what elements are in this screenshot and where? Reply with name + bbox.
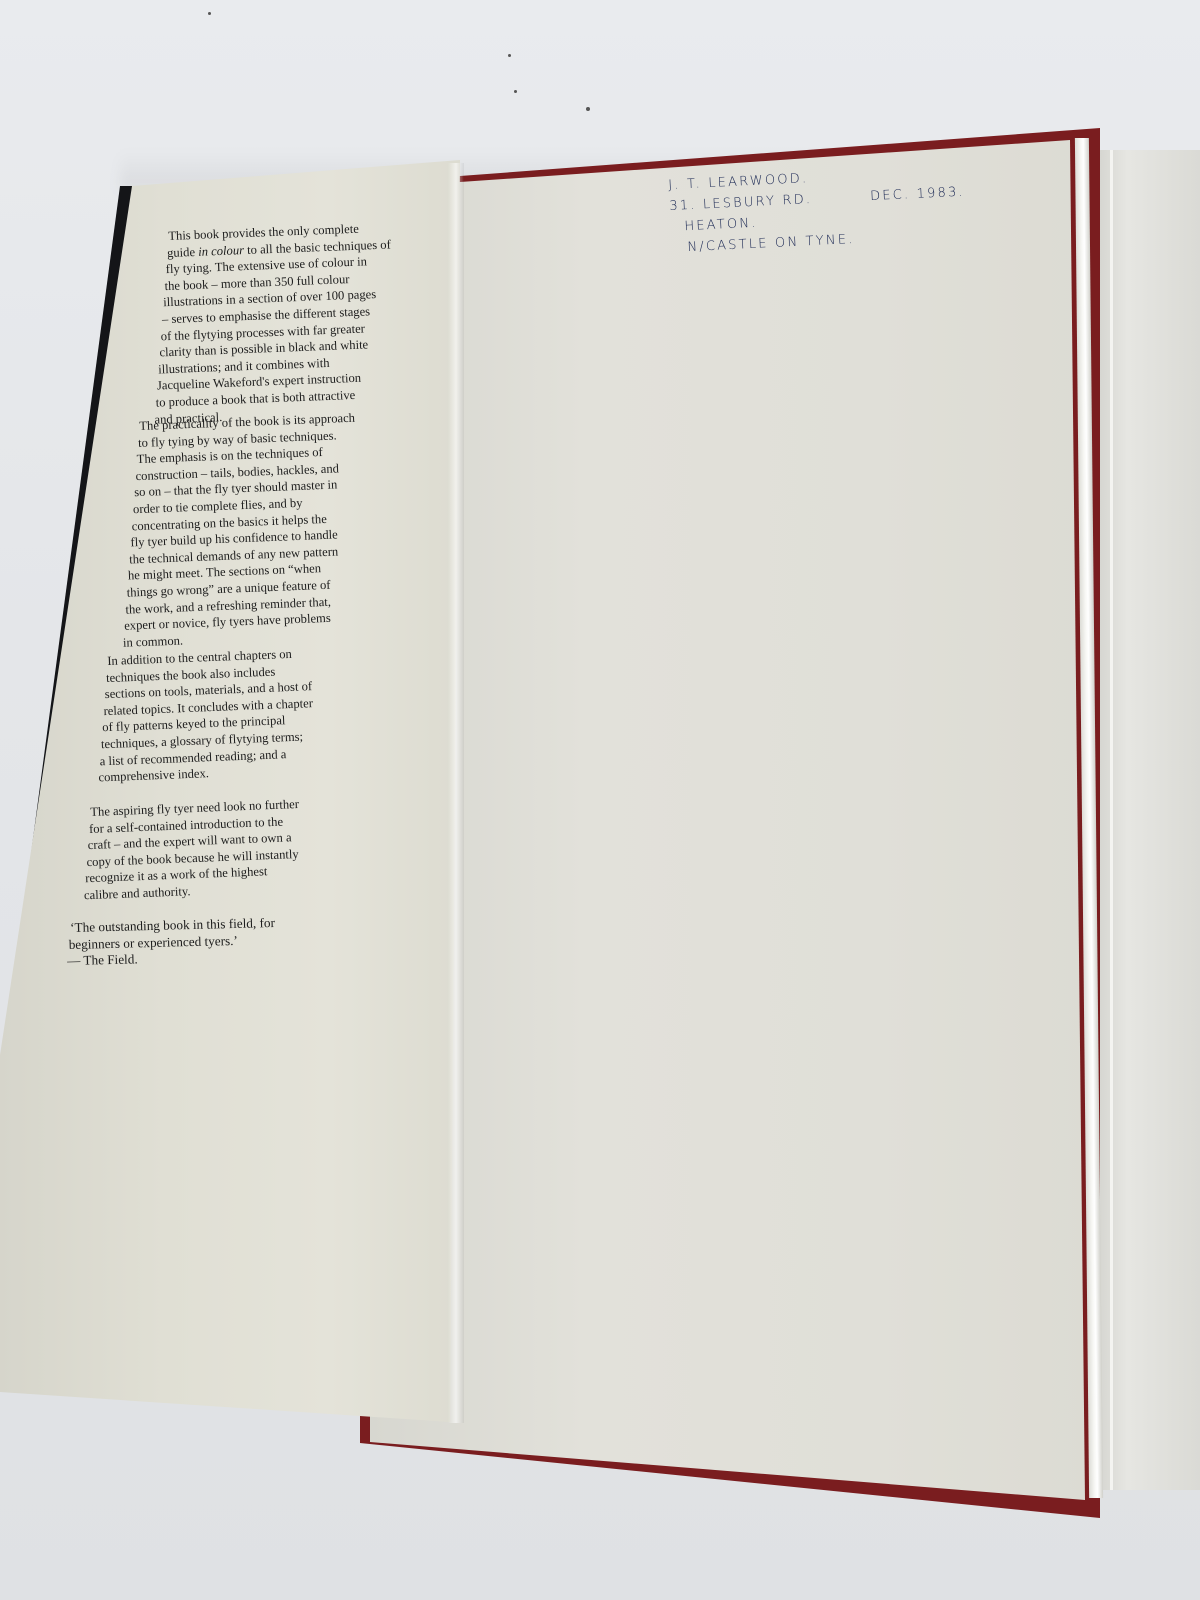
page-stack bbox=[1096, 150, 1200, 1490]
dust-speck bbox=[514, 90, 517, 93]
handwritten-inscription: J. T. LEARWOOD. 31. LESBURY RD.DEC. 1983… bbox=[668, 164, 968, 262]
dust-speck bbox=[208, 12, 211, 15]
flap-fold-crease bbox=[448, 163, 464, 1423]
blurb-paragraph-4: The aspiring fly tyer need look no furth… bbox=[90, 794, 344, 903]
book-photo: J. T. LEARWOOD. 31. LESBURY RD.DEC. 1983… bbox=[0, 0, 1200, 1600]
blurb-paragraph-2: The practicality of the book is its appr… bbox=[139, 408, 398, 650]
inscription-date: DEC. 1983. bbox=[870, 185, 965, 205]
blurb-paragraph-1: This book provides the only completeguid… bbox=[168, 218, 425, 427]
dust-speck bbox=[586, 107, 590, 111]
dust-speck bbox=[508, 54, 511, 57]
review-quote: ‘The outstanding book in this field, for… bbox=[70, 914, 321, 970]
blurb-paragraph-3: In addition to the central chapters onte… bbox=[107, 643, 362, 785]
front-endpaper bbox=[370, 140, 1090, 1505]
